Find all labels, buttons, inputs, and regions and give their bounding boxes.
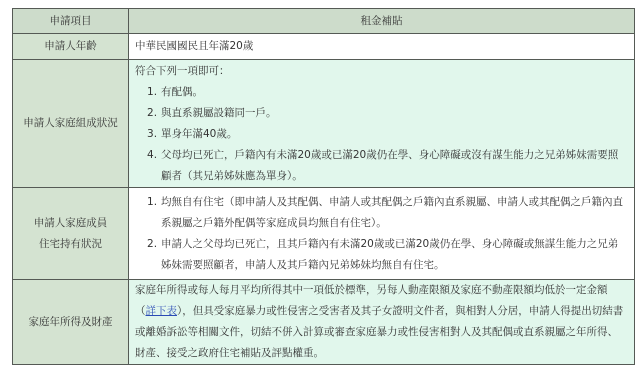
header-subsidy-label: 租金補貼 [129,9,635,34]
row-label-age: 申請人年齡 [13,34,129,60]
list-number: 2 [147,234,157,255]
list-number: 1 [147,192,157,213]
list-item: 3 單身年滿40歲。 [139,124,628,145]
income-paragraph: 家庭年所得或每人每月平均所得其中一項低於標準，另每人動產限額及家庭不動產限額均低… [135,280,628,364]
family-conditions-list: 1 有配偶。 2 與直系親屬設籍同一戶。 3 單身年滿40歲。 4 父母均已死亡… [135,82,628,187]
row-label-family: 申請人家庭組成狀況 [13,60,129,188]
table-row-income: 家庭年所得及財產 家庭年所得或每人每月平均所得其中一項低於標準，另每人動產限額及… [13,280,635,365]
income-text-after: ），但具受家庭暴力或性侵害之受害者及其子女證明文件者，與相對人分居，申請人得提出… [135,305,623,359]
list-number: 1 [147,82,157,103]
list-item: 2 申請人之父母均已死亡，且其戶籍內有未滿20歲或已滿20歲仍在學、身心障礙或無… [139,234,628,276]
list-text: 與直系親屬設籍同一戶。 [161,107,277,119]
list-item: 2 與直系親屬設籍同一戶。 [139,103,628,124]
table-header-row: 申請項目 租金補貼 [13,9,635,34]
table-row-family: 申請人家庭組成狀況 符合下列一項即可： 1 有配偶。 2 與直系親屬設籍同一戶。… [13,60,635,188]
housing-label-line2: 住宅持有狀況 [13,234,128,255]
housing-conditions-list: 1 均無自有住宅（即申請人及其配偶、申請人或其配偶之戶籍內直系親屬、申請人或其配… [135,192,628,276]
list-text: 有配偶。 [161,86,203,98]
list-item: 4 父母均已死亡，戶籍內有未滿20歲或已滿20歲仍在學、身心障礙或沒有謀生能力之… [139,145,628,187]
list-number: 2 [147,103,157,124]
header-item-label: 申請項目 [13,9,129,34]
row-label-income: 家庭年所得及財產 [13,280,129,365]
row-content-housing: 1 均無自有住宅（即申請人及其配偶、申請人或其配偶之戶籍內直系親屬、申請人或其配… [129,188,635,280]
list-number: 4 [147,145,157,166]
table-row-age: 申請人年齡 中華民國國民且年滿20歲 [13,34,635,60]
list-text: 單身年滿40歲。 [161,128,237,140]
family-intro: 符合下列一項即可： [135,61,628,82]
row-content-age: 中華民國國民且年滿20歲 [129,34,635,60]
row-content-family: 符合下列一項即可： 1 有配偶。 2 與直系親屬設籍同一戶。 3 單身年滿40歲… [129,60,635,188]
eligibility-table-container: 申請項目 租金補貼 申請人年齡 中華民國國民且年滿20歲 申請人家庭組成狀況 符… [12,8,634,365]
list-number: 3 [147,124,157,145]
list-item: 1 有配偶。 [139,82,628,103]
row-content-income: 家庭年所得或每人每月平均所得其中一項低於標準，另每人動產限額及家庭不動產限額均低… [129,280,635,365]
see-table-below-link[interactable]: 詳下表 [146,305,178,317]
list-text: 父母均已死亡，戶籍內有未滿20歲或已滿20歲仍在學、身心障礙或沒有謀生能力之兄弟… [161,149,618,182]
list-text: 均無自有住宅（即申請人及其配偶、申請人或其配偶之戶籍內直系親屬、申請人或其配偶之… [161,196,623,229]
eligibility-table: 申請項目 租金補貼 申請人年齡 中華民國國民且年滿20歲 申請人家庭組成狀況 符… [12,8,635,365]
housing-label-line1: 申請人家庭成員 [13,213,128,234]
list-text: 申請人之父母均已死亡，且其戶籍內有未滿20歲或已滿20歲仍在學、身心障礙或無謀生… [161,238,618,271]
row-label-housing: 申請人家庭成員 住宅持有狀況 [13,188,129,280]
list-item: 1 均無自有住宅（即申請人及其配偶、申請人或其配偶之戶籍內直系親屬、申請人或其配… [139,192,628,234]
table-row-housing: 申請人家庭成員 住宅持有狀況 1 均無自有住宅（即申請人及其配偶、申請人或其配偶… [13,188,635,280]
